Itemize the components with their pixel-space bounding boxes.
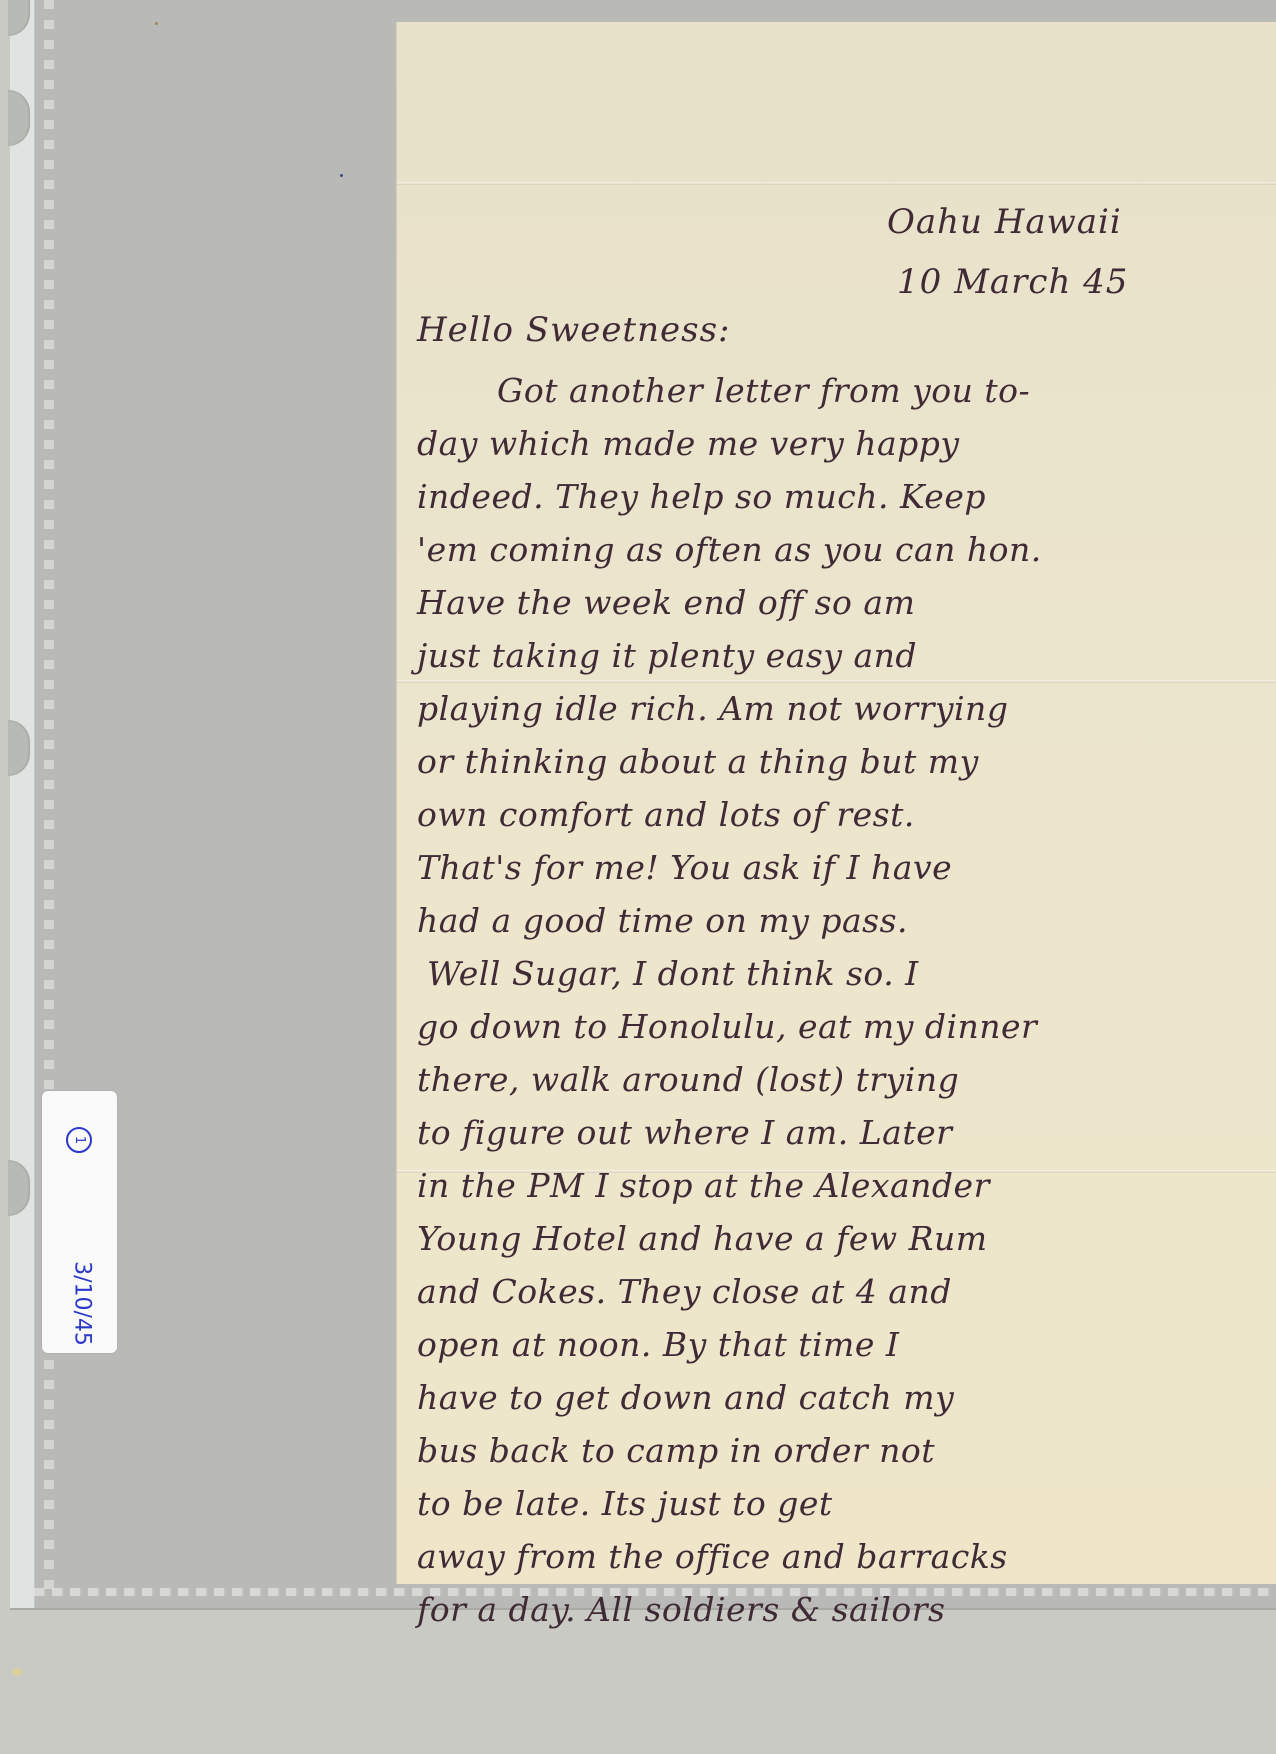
letter-line: indeed. They help so much. Keep <box>417 470 1267 523</box>
letter-line: Have the week end off so am <box>417 576 1267 629</box>
letter-page: Oahu Hawaii 10 March 45 Hello Sweetness:… <box>397 22 1276 1584</box>
letter-line: day which made me very happy <box>417 417 1267 470</box>
letter-line: playing idle rich. Am not worrying <box>417 682 1267 735</box>
letter-location: Oahu Hawaii <box>887 202 1122 242</box>
letter-body: Got another letter from you to- day whic… <box>417 364 1267 1636</box>
letter-line: have to get down and catch my <box>417 1371 1267 1424</box>
letter-line: Got another letter from you to- <box>417 364 1267 417</box>
letter-line: in the PM I stop at the Alexander <box>417 1159 1267 1212</box>
punch-hole <box>8 720 30 776</box>
dust-speck <box>340 174 343 177</box>
letter-line: bus back to camp in order not <box>417 1424 1267 1477</box>
letter-line: for a day. All soldiers & sailors <box>417 1583 1267 1636</box>
punch-hole <box>8 1160 30 1216</box>
dust-speck <box>12 1668 22 1676</box>
letter-line: just taking it plenty easy and <box>417 629 1267 682</box>
punch-hole <box>8 90 30 146</box>
page-number-circle: 1 <box>66 1127 92 1153</box>
letter-line: open at noon. By that time I <box>417 1318 1267 1371</box>
letter-line: That's for me! You ask if I have <box>417 841 1267 894</box>
letter-line: own comfort and lots of rest. <box>417 788 1267 841</box>
archive-date: 3/10/45 <box>70 1249 95 1359</box>
fold-crease <box>397 182 1276 185</box>
letter-line: go down to Honolulu, eat my dinner <box>417 1000 1267 1053</box>
sleeve-binder-strip <box>10 0 35 1608</box>
letter-salutation: Hello Sweetness: <box>417 310 730 350</box>
sleeve-weld-vertical <box>44 0 54 1600</box>
letter-line: had a good time on my pass. <box>417 894 1267 947</box>
punch-hole <box>8 0 30 36</box>
archive-label-tag: 1 3/10/45 <box>42 1091 117 1353</box>
letter-line: or thinking about a thing but my <box>417 735 1267 788</box>
letter-line: Young Hotel and have a few Rum <box>417 1212 1267 1265</box>
letter-line: and Cokes. They close at 4 and <box>417 1265 1267 1318</box>
letter-line: 'em coming as often as you can hon. <box>417 523 1267 576</box>
dust-speck <box>155 22 158 25</box>
letter-line: to figure out where I am. Later <box>417 1106 1267 1159</box>
letter-line: Well Sugar, I dont think so. I <box>417 947 1267 1000</box>
letter-line: there, walk around (lost) trying <box>417 1053 1267 1106</box>
letter-line: to be late. Its just to get <box>417 1477 1267 1530</box>
letter-line: away from the office and barracks <box>417 1530 1267 1583</box>
letter-date: 10 March 45 <box>897 262 1128 302</box>
